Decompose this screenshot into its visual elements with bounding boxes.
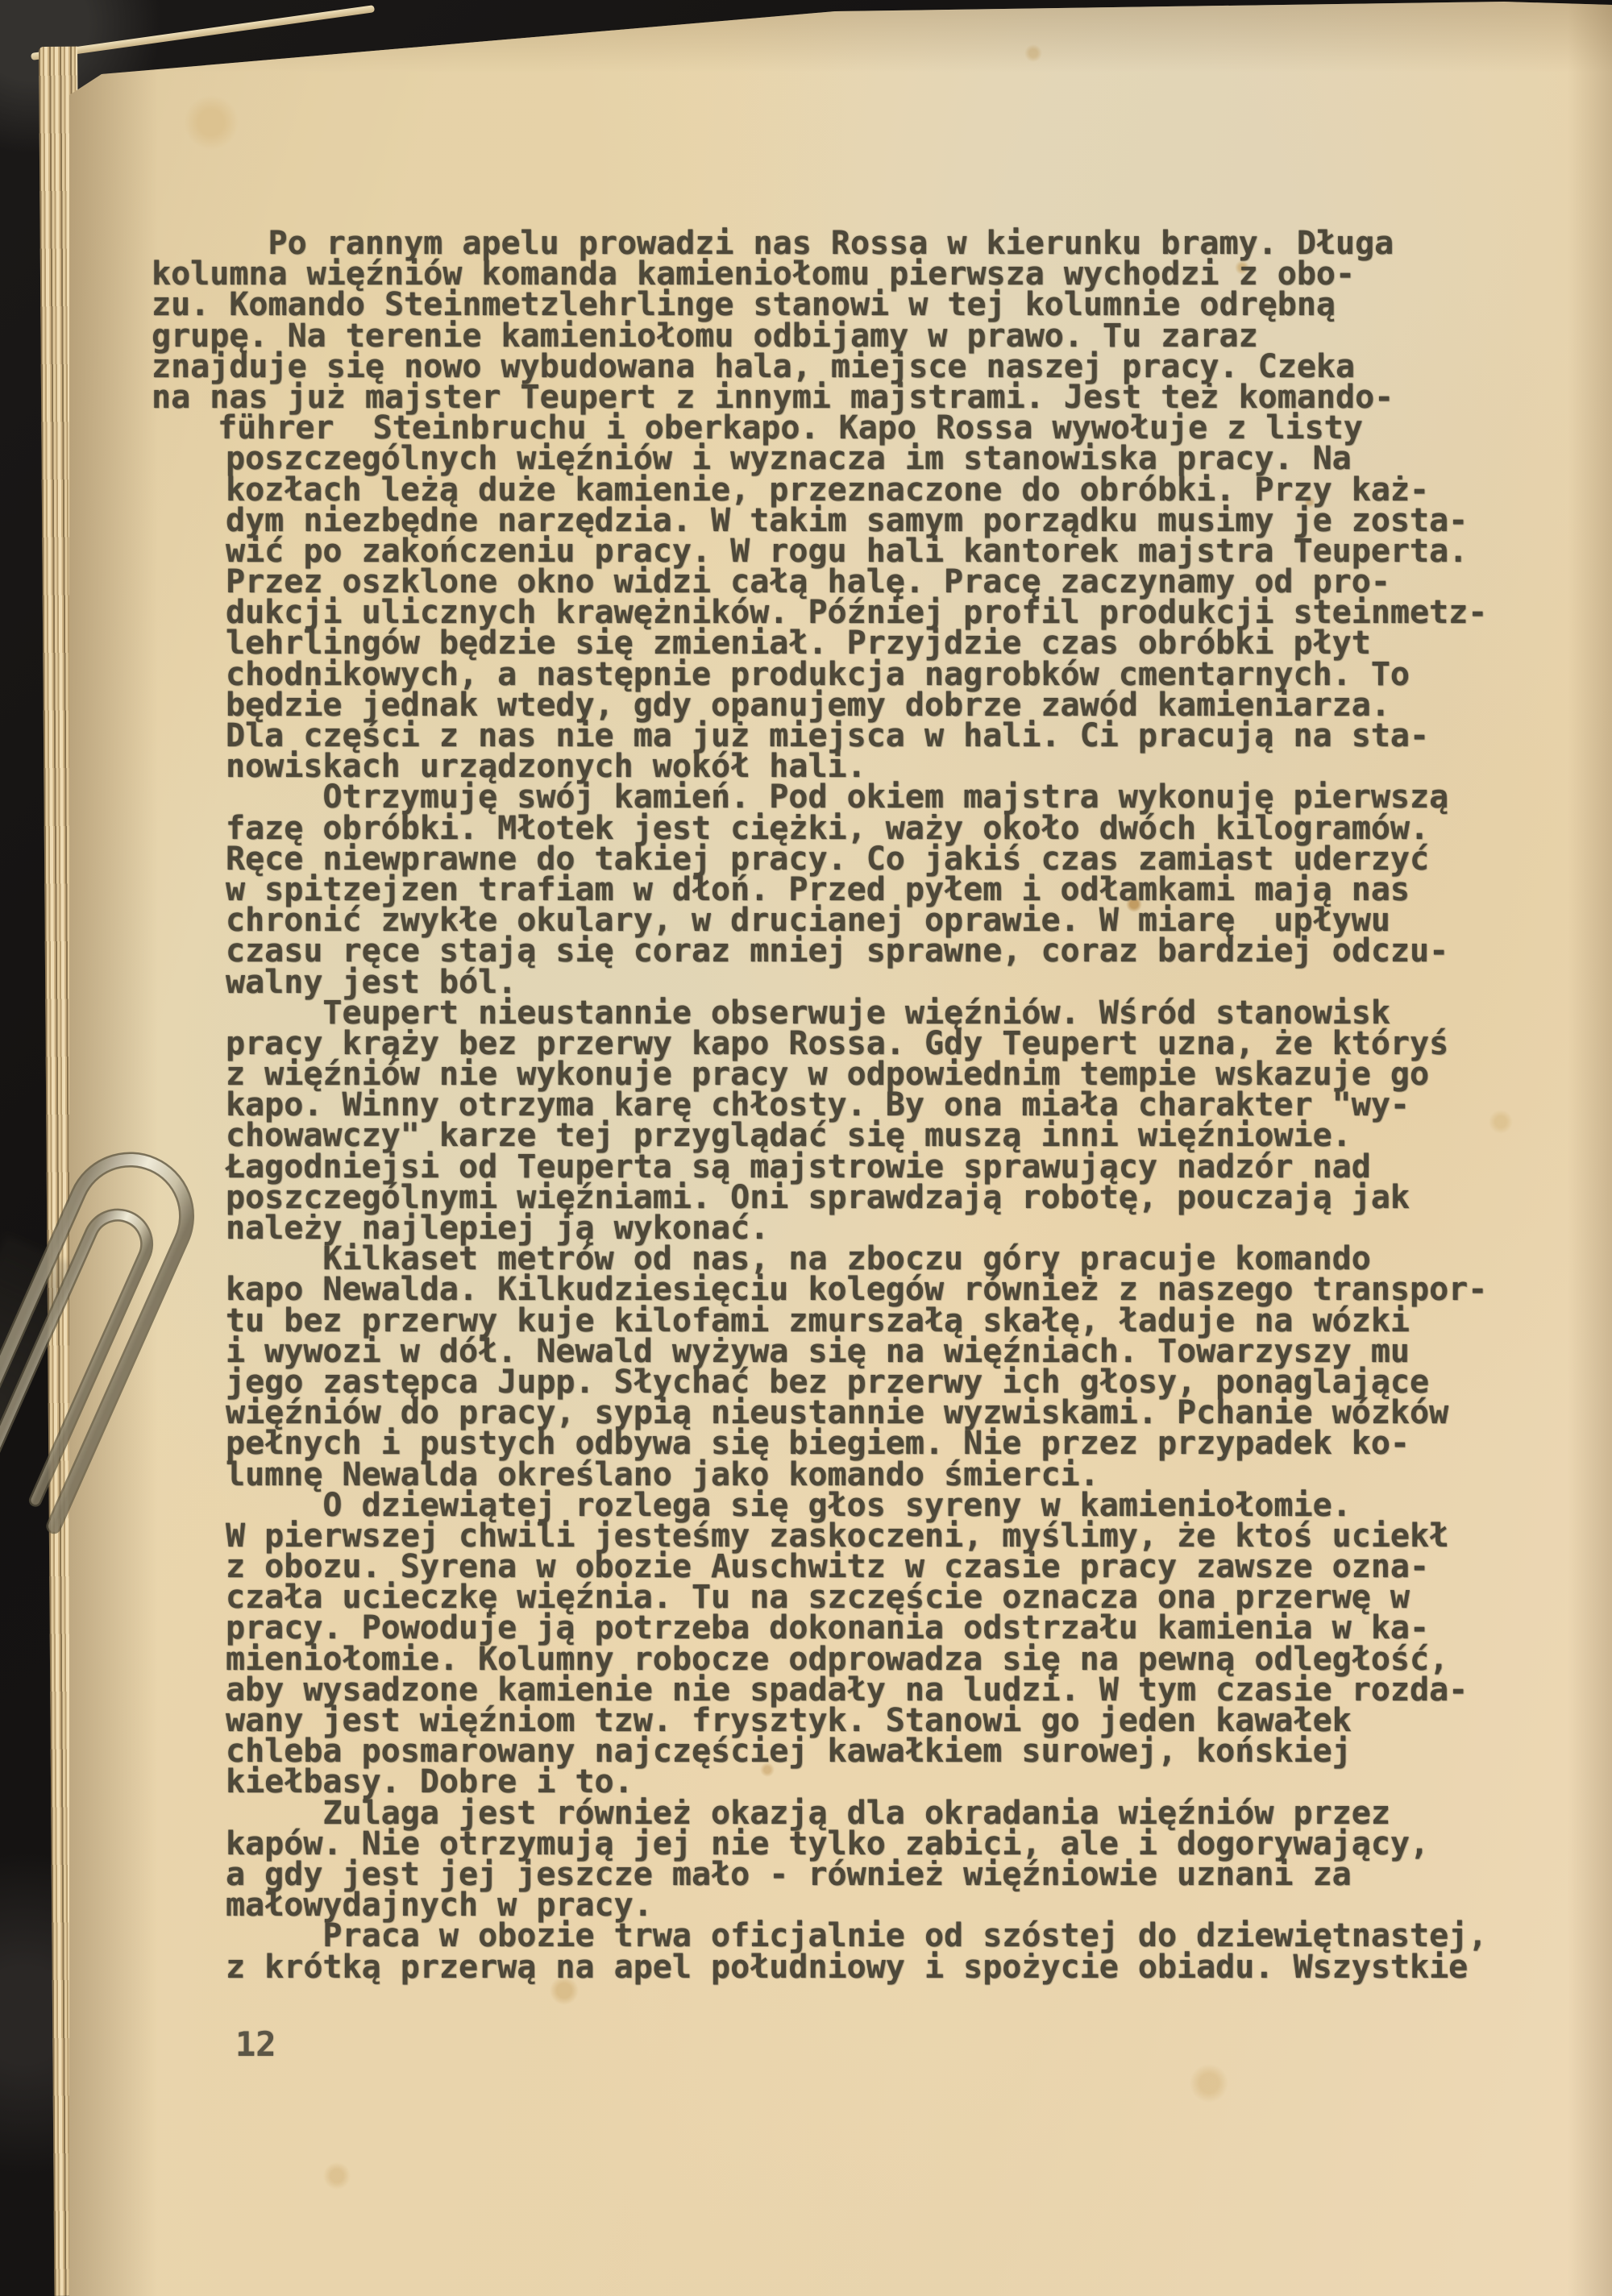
- text-line: O dziewiątej rozlega się głos syreny w k…: [226, 1490, 1580, 1521]
- text-line: Dla części z nas nie ma już miejsca w ha…: [226, 720, 1580, 751]
- text-line: Przez oszklone okno widzi całą halę. Pra…: [226, 567, 1580, 597]
- text-line: pracy krąży bez przerwy kapo Rossa. Gdy …: [226, 1028, 1580, 1059]
- text-line: Teupert nieustannie obserwuje więźniów. …: [226, 998, 1580, 1028]
- typewritten-text: Po rannym apelu prowadzi nas Rossa w kie…: [226, 228, 1580, 1983]
- photo-background: Po rannym apelu prowadzi nas Rossa w kie…: [0, 0, 1612, 2296]
- text-line: fazę obróbki. Młotek jest ciężki, waży o…: [226, 813, 1580, 844]
- text-line: Ręce niewprawne do takiej pracy. Co jaki…: [226, 844, 1580, 874]
- text-line: wany jest więźniom tzw. frysztyk. Stanow…: [226, 1705, 1580, 1736]
- text-line: W pierwszej chwili jesteśmy zaskoczeni, …: [226, 1521, 1580, 1551]
- text-line: chodnikowych, a następnie produkcja nagr…: [226, 659, 1580, 690]
- text-line: grupę. Na terenie kamieniołomu odbijamy …: [152, 321, 1506, 351]
- text-line: lehrlingów będzie się zmieniał. Przyjdzi…: [226, 628, 1580, 658]
- text-line: z więźniów nie wykonuje pracy w odpowied…: [226, 1059, 1580, 1090]
- text-line: wić po zakończeniu pracy. W rogu hali ka…: [226, 536, 1580, 567]
- text-line: Praca w obozie trwa oficjalnie od szóste…: [226, 1920, 1580, 1951]
- text-line: Otrzymuję swój kamień. Pod okiem majstra…: [226, 782, 1580, 812]
- text-line: poszczególnymi więźniami. Oni sprawdzają…: [226, 1182, 1580, 1213]
- text-line: małowydajnych w pracy.: [226, 1890, 1580, 1920]
- text-line: dym niezbędne narzędzia. W takim samym p…: [226, 505, 1580, 536]
- text-line: należy najlepiej ją wykonać.: [226, 1213, 1580, 1243]
- text-line: znajduje się nowo wybudowana hala, miejs…: [152, 351, 1506, 382]
- page-corner-edge: [31, 5, 375, 60]
- text-line: chowawczy" karze tej przyglądać się musz…: [226, 1120, 1580, 1151]
- text-line: zu. Komando Steinmetzlehrlinge stanowi w…: [152, 289, 1506, 320]
- text-line: Kilkaset metrów od nas, na zboczu góry p…: [226, 1243, 1580, 1274]
- text-line: chleba posmarowany najczęściej kawałkiem…: [226, 1736, 1580, 1767]
- text-line: kolumna więźniów komanda kamieniołomu pi…: [152, 259, 1506, 289]
- text-line: führer Steinbruchu i oberkapo. Kapo Ross…: [218, 413, 1572, 443]
- text-line: czała ucieczkę więźnia. Tu na szczęście …: [226, 1582, 1580, 1613]
- text-line: kapów. Nie otrzymują jej nie tylko zabic…: [226, 1829, 1580, 1859]
- text-line: jego zastępca Jupp. Słychać bez przerwy …: [226, 1367, 1580, 1397]
- text-line: chronić zwykłe okulary, w drucianej opra…: [226, 905, 1580, 936]
- text-line: i wywozi w dół. Newald wyżywa się na wię…: [226, 1336, 1580, 1367]
- text-line: a gdy jest jej jeszcze mało - również wi…: [226, 1859, 1580, 1890]
- text-line: pracy. Powoduje ją potrzeba dokonania od…: [226, 1613, 1580, 1643]
- text-line: dukcji ulicznych krawężników. Później pr…: [226, 597, 1580, 628]
- text-line: kapo. Winny otrzyma karę chłosty. By ona…: [226, 1090, 1580, 1120]
- text-line: mieniołomie. Kolumny robocze odprowadza …: [226, 1644, 1580, 1675]
- text-line: kiełbasy. Dobre i to.: [226, 1767, 1580, 1797]
- text-line: Zulaga jest również okazją dla okradania…: [226, 1798, 1580, 1829]
- text-line: aby wysadzone kamienie nie spadały na lu…: [226, 1675, 1580, 1705]
- text-line: z krótką przerwą na apel południowy i sp…: [226, 1952, 1580, 1983]
- text-line: na nas już majster Teupert z innymi majs…: [152, 382, 1506, 413]
- text-line: nowiskach urządzonych wokół hali.: [226, 751, 1580, 782]
- text-line: poszczególnych więźniów i wyznacza im st…: [226, 443, 1580, 474]
- text-line: w spitzejzen trafiam w dłoń. Przed pyłem…: [226, 874, 1580, 905]
- text-line: więźniów do pracy, sypią nieustannie wyz…: [226, 1397, 1580, 1428]
- text-line: z obozu. Syrena w obozie Auschwitz w cza…: [226, 1551, 1580, 1582]
- page-number: 12: [235, 2024, 276, 2064]
- text-line: pełnych i pustych odbywa się biegiem. Ni…: [226, 1428, 1580, 1459]
- text-line: Łagodniejsi od Teuperta są majstrowie sp…: [226, 1152, 1580, 1182]
- text-line: czasu ręce stają się coraz mniej sprawne…: [226, 936, 1580, 966]
- text-line: lumnę Newalda określano jako komando śmi…: [226, 1459, 1580, 1490]
- text-line: kozłach leżą duże kamienie, przeznaczone…: [226, 475, 1580, 505]
- text-line: tu bez przerwy kuje kilofami zmurszałą s…: [226, 1306, 1580, 1336]
- text-line: kapo Newalda. Kilkudziesięciu kolegów ró…: [226, 1274, 1580, 1305]
- text-line: Po rannym apelu prowadzi nas Rossa w kie…: [152, 228, 1506, 259]
- text-line: będzie jednak wtedy, gdy opanujemy dobrz…: [226, 690, 1580, 720]
- book-page: Po rannym apelu prowadzi nas Rossa w kie…: [69, 0, 1612, 2296]
- text-line: walny jest ból.: [226, 967, 1580, 998]
